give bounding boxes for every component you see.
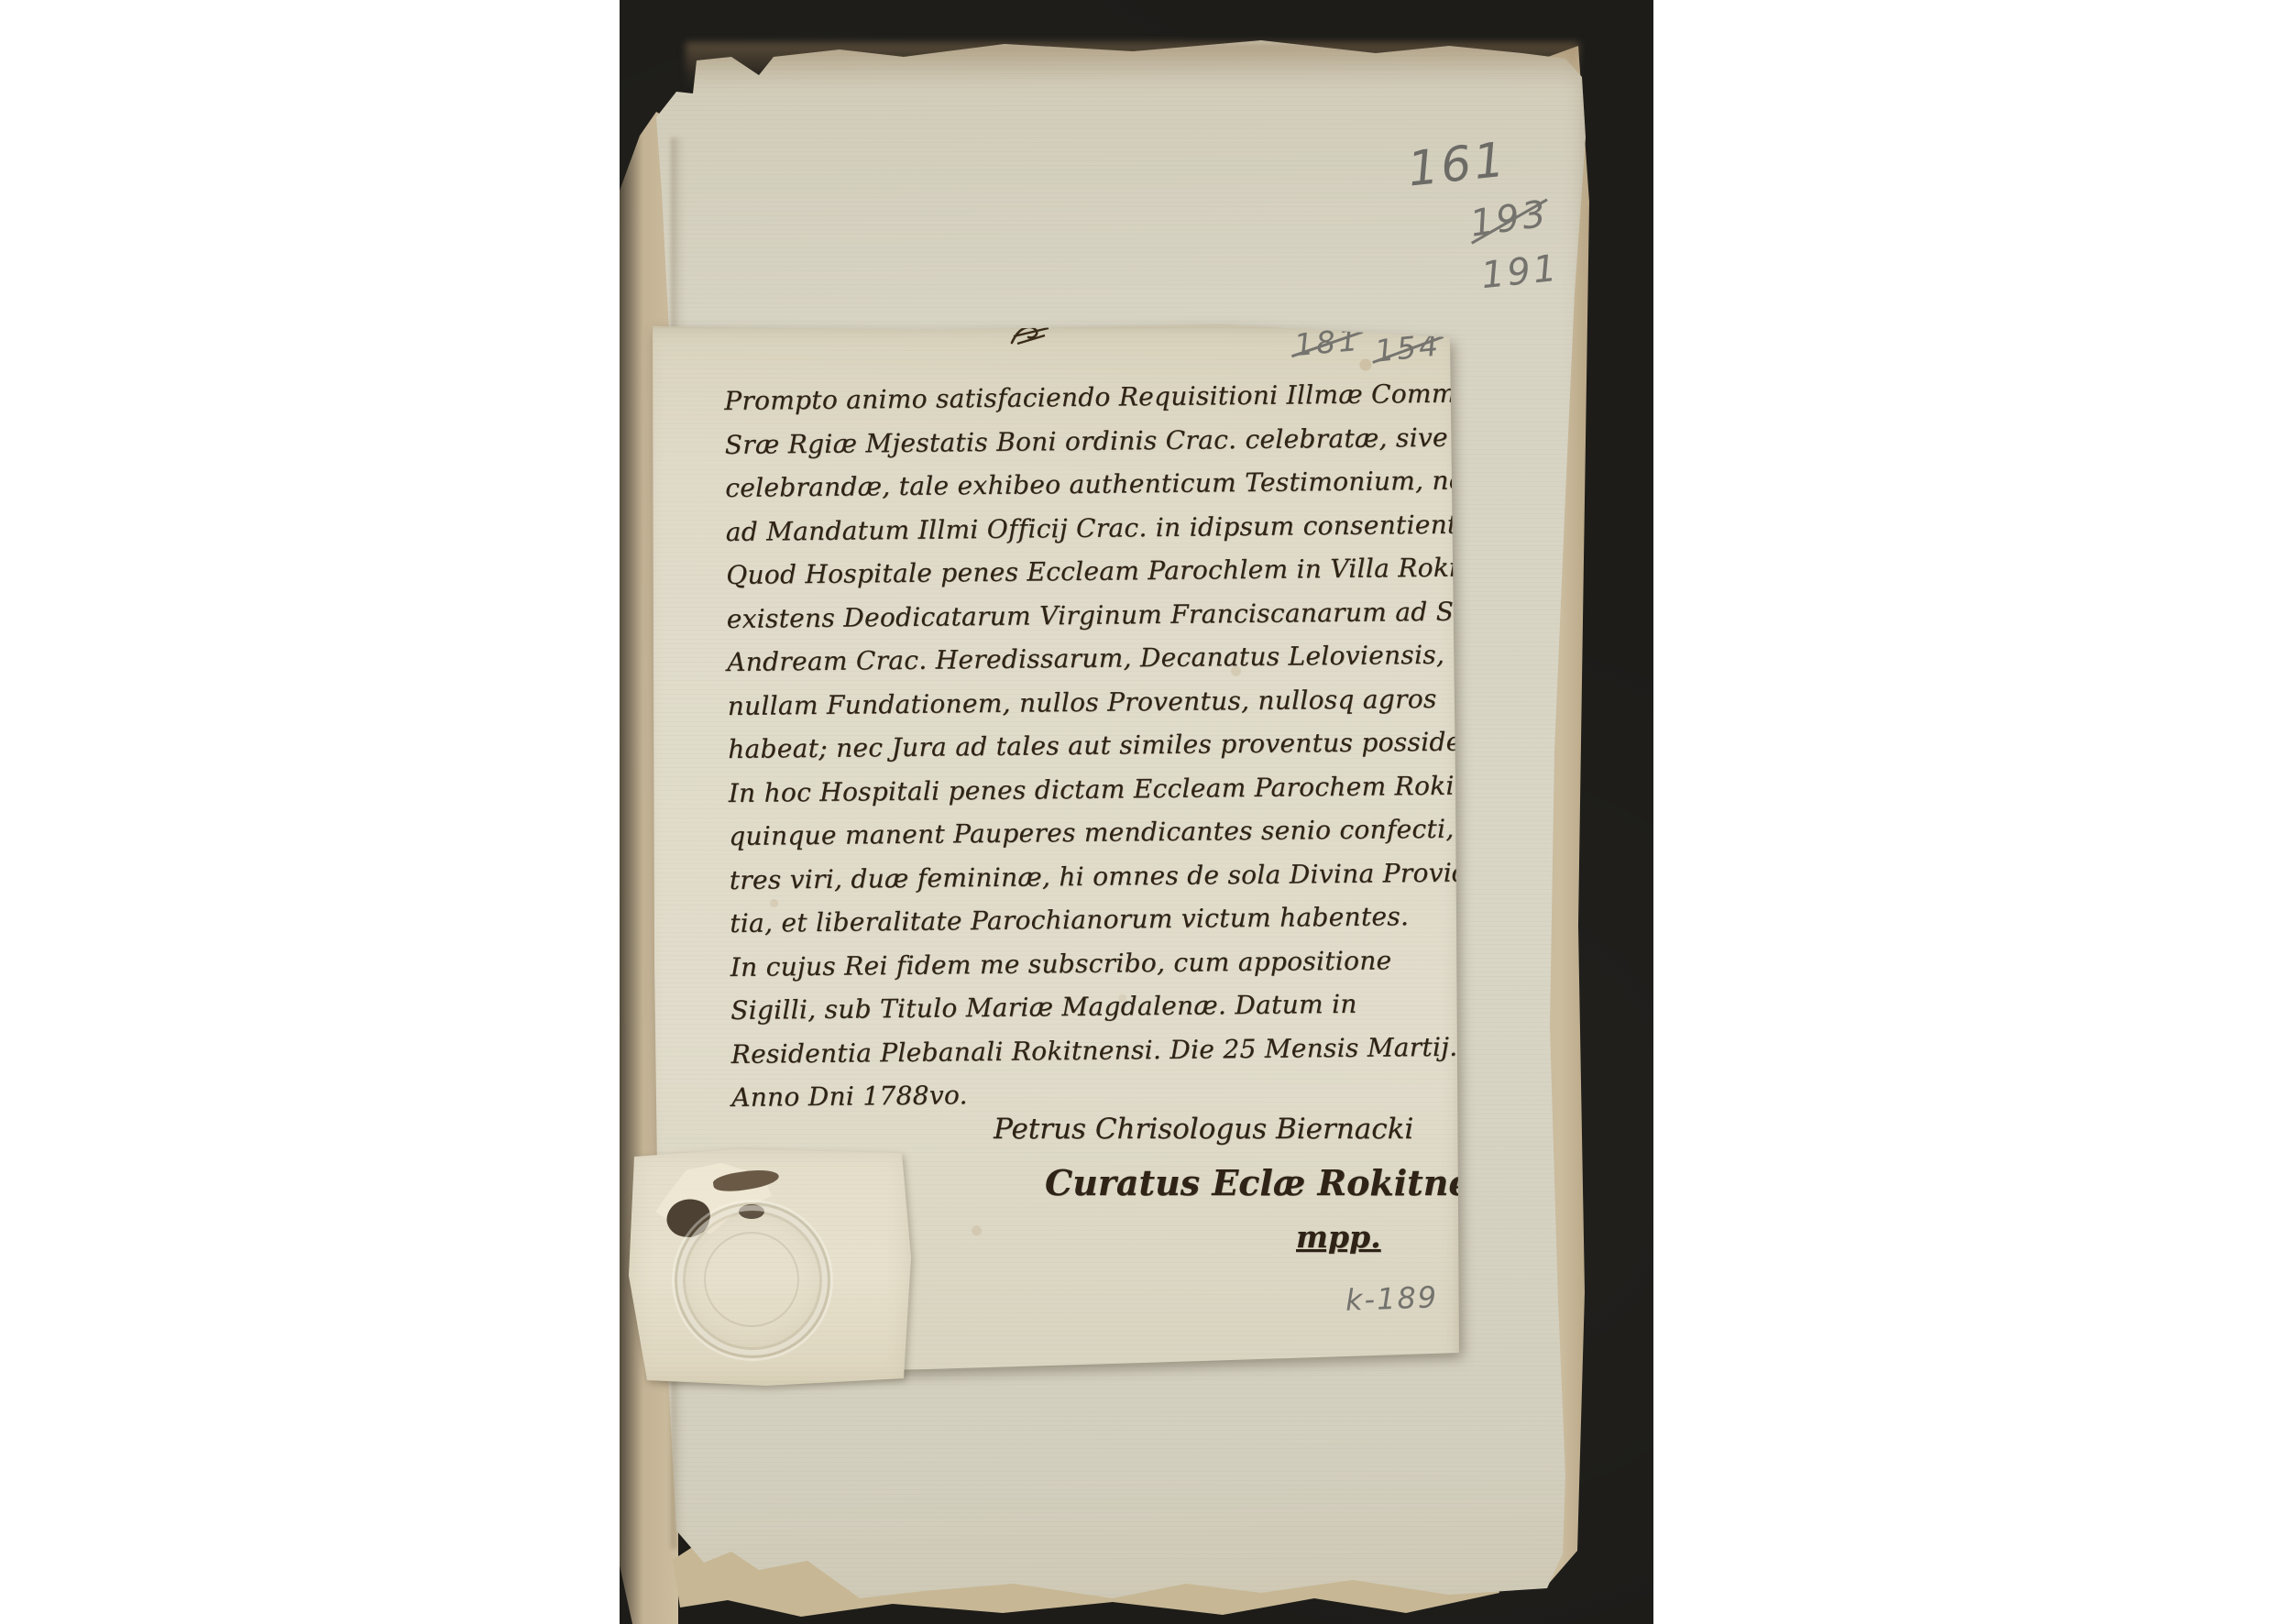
pencil-catalog-number: k-189 xyxy=(1345,1279,1438,1318)
pencil-folio-number: 191 xyxy=(1479,247,1562,298)
manuscript-line: Quod Hospitale penes Eccleam Parochlem i… xyxy=(726,546,1459,598)
seal-patch-wrapper xyxy=(629,1147,911,1386)
signature-manu-propria: mpp. xyxy=(1296,1219,1381,1255)
manuscript-line: existens Deodicatarum Virginum Francisca… xyxy=(726,589,1459,641)
pencil-folio-number: 161 xyxy=(1405,133,1510,198)
seal-paper-patch xyxy=(629,1147,911,1386)
embossed-seal-inner-ring xyxy=(704,1232,799,1327)
manuscript-line: Prompto animo satisfaciendo Requisitioni… xyxy=(724,372,1457,423)
signature-name: Petrus Chrisologus Biernacki xyxy=(994,1113,1413,1146)
signature-title: Curatus Eclæ Rokitne xyxy=(1045,1162,1471,1203)
manuscript-line: tia, et liberalitate Parochianorum victu… xyxy=(730,894,1463,946)
manuscript-line: ad Mandatum Illmi Officij Crac. in idips… xyxy=(725,502,1458,554)
manuscript-line: Sigilli, sub Titulo Mariæ Magdalenæ. Dat… xyxy=(730,982,1464,1033)
manuscript-line: In cujus Rei fidem me subscribo, cum app… xyxy=(730,938,1463,989)
manuscript-line: tres viri, duæ femininæ, hi omnes de sol… xyxy=(729,850,1462,902)
manuscript-line: Sræ Rgiæ Mjestatis Boni ordinis Crac. ce… xyxy=(724,415,1457,466)
manuscript-line: quinque manent Pauperes mendicantes seni… xyxy=(729,807,1462,859)
pencil-old-number-crossed: 154 xyxy=(1373,326,1443,368)
manuscript-line: celebrandæ, tale exhibeo authenticum Tes… xyxy=(725,459,1458,510)
manuscript-line: Residentia Plebanali Rokitnensi. Die 25 … xyxy=(730,1025,1464,1076)
manuscript-text-block: Prompto animo satisfaciendo Requisitioni… xyxy=(724,372,1465,1120)
page-top-worn-edge xyxy=(686,42,1579,90)
manuscript-line: In hoc Hospitali penes dictam Eccleam Pa… xyxy=(728,763,1461,815)
manuscript-line: Andream Crac. Heredissarum, Decanatus Le… xyxy=(727,633,1460,685)
black-backdrop: 161 193 191 181 154 Prompto animo satisf… xyxy=(620,0,1653,1624)
crossed-ink-scribble xyxy=(1006,321,1054,352)
manuscript-line: nullam Fundationem, nullos Proventus, nu… xyxy=(727,676,1460,728)
scan-canvas: 161 193 191 181 154 Prompto animo satisf… xyxy=(0,0,2273,1624)
pencil-old-number-crossed: 181 xyxy=(1292,322,1361,363)
manuscript-line: habeat; nec Jura ad tales aut similes pr… xyxy=(728,720,1461,772)
